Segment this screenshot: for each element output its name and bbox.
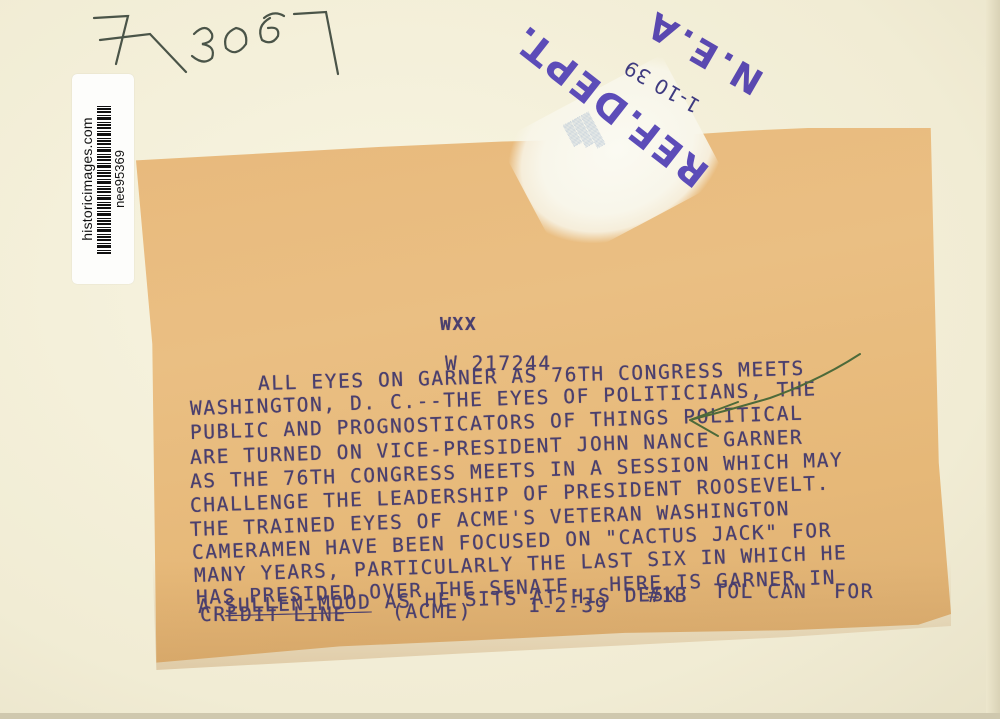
archive-label-sticker: historicimages.com nee95369 xyxy=(72,74,134,284)
photo-edge-bottom xyxy=(0,713,1000,719)
handwritten-note: A3067 xyxy=(88,4,348,84)
caption-distribution: TOL CAN FOR xyxy=(714,580,874,603)
label-id-text: nee95369 xyxy=(113,150,127,208)
caption-date: 1-2-39 xyxy=(528,594,608,617)
caption-slug: #1B xyxy=(648,584,688,607)
caption-code: WXX xyxy=(440,314,477,335)
credit-line: CREDIT LINE xyxy=(200,603,347,626)
photo-edge xyxy=(986,0,1000,719)
credit-source: (ACME) xyxy=(392,600,472,623)
barcode-icon xyxy=(97,104,111,254)
label-site-text: historicimages.com xyxy=(79,117,95,240)
